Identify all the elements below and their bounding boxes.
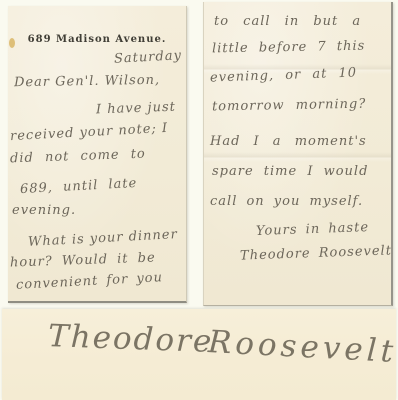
signature-line: Theodore Roosevelt bbox=[240, 243, 392, 263]
letter-line: Had I a moment's bbox=[210, 134, 367, 149]
letter-line: call on you myself. bbox=[210, 194, 363, 209]
letter-line: to call in but a bbox=[214, 14, 361, 29]
letter-line: spare time I would bbox=[212, 164, 368, 179]
letter-line: little before 7 this bbox=[212, 39, 366, 57]
letter-line: tomorrow morning? bbox=[212, 97, 367, 115]
letter-line: did not come to bbox=[10, 147, 146, 167]
closing-line: Yours in haste bbox=[256, 220, 370, 239]
letter-page-one: 689 Madison Avenue. Saturday Dear Gen'l.… bbox=[8, 6, 187, 303]
salutation-line: Dear Gen'l. Wilson, bbox=[14, 73, 160, 91]
letter-line: received your note; I bbox=[10, 121, 169, 144]
letter-page-two: to call in but a little before 7 this ev… bbox=[203, 2, 393, 306]
signature-last-name: Roosevelt bbox=[207, 324, 398, 370]
letter-line: convenient for you bbox=[16, 270, 164, 293]
letter-line: evening. bbox=[12, 203, 76, 218]
paper-crease bbox=[204, 152, 391, 162]
date-line: Saturday bbox=[114, 48, 183, 67]
signature-strip: Theodore Roosevelt bbox=[2, 309, 396, 400]
letter-line: What is your dinner bbox=[28, 227, 178, 250]
signature-first-name: Theodore bbox=[47, 318, 213, 360]
letterhead-text: 689 Madison Avenue. bbox=[8, 34, 186, 45]
letter-line: hour? Would it be bbox=[10, 250, 156, 270]
letter-line: I have just bbox=[96, 100, 176, 118]
letter-line: 689, until late bbox=[20, 176, 138, 197]
letter-photo: 689 Madison Avenue. Saturday Dear Gen'l.… bbox=[0, 0, 398, 400]
